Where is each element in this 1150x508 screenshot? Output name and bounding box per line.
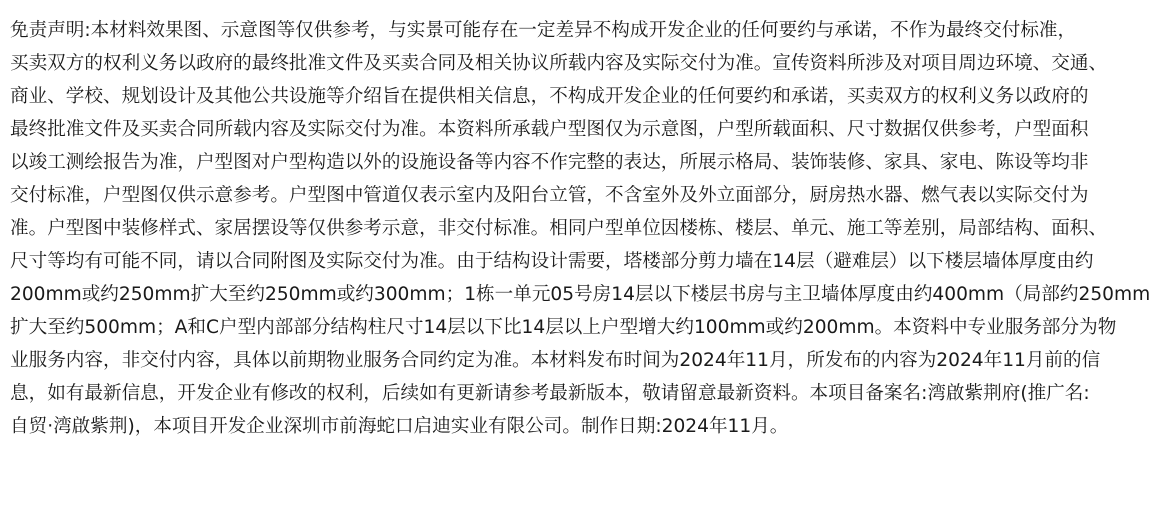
disclaimer-line: 以竣工测绘报告为准，户型图对户型构造以外的设施设备等内容不作完整的表达，所展示格… — [10, 146, 1150, 179]
disclaimer-text-block: 免责声明:本材料效果图、示意图等仅供参考，与实景可能存在一定差异不构成开发企业的… — [10, 14, 1150, 443]
disclaimer-line: 免责声明:本材料效果图、示意图等仅供参考，与实景可能存在一定差异不构成开发企业的… — [10, 14, 1150, 47]
disclaimer-line: 尺寸等均有可能不同，请以合同附图及实际交付为准。由于结构设计需要，塔楼部分剪力墙… — [10, 245, 1150, 278]
disclaimer-line: 准。户型图中装修样式、家居摆设等仅供参考示意，非交付标准。相同户型单位因楼栋、楼… — [10, 212, 1150, 245]
disclaimer-line: 交付标准，户型图仅供示意参考。户型图中管道仅表示室内及阳台立管，不含室外及外立面… — [10, 179, 1150, 212]
disclaimer-line: 商业、学校、规划设计及其他公共设施等介绍旨在提供相关信息，不构成开发企业的任何要… — [10, 80, 1150, 113]
disclaimer-line: 最终批准文件及买卖合同所载内容及实际交付为准。本资料所承载户型图仅为示意图，户型… — [10, 113, 1150, 146]
disclaimer-line: 扩大至约500mm；A和C户型内部部分结构柱尺寸14层以下比14层以上户型增大约… — [10, 311, 1150, 344]
disclaimer-line: 业服务内容，非交付内容，具体以前期物业服务合同约定为准。本材料发布时间为2024… — [10, 344, 1150, 377]
disclaimer-line: 200mm或约250mm扩大至约250mm或约300mm；1栋一单元05号房14… — [10, 278, 1150, 311]
disclaimer-line: 息，如有最新信息，开发企业有修改的权利，后续如有更新请参考最新版本，敬请留意最新… — [10, 377, 1150, 410]
disclaimer-line: 自贸·湾啟紫荆)，本项目开发企业深圳市前海蛇口启迪实业有限公司。制作日期:202… — [10, 410, 1150, 443]
disclaimer-line: 买卖双方的权利义务以政府的最终批准文件及买卖合同及相关协议所载内容及实际交付为准… — [10, 47, 1150, 80]
